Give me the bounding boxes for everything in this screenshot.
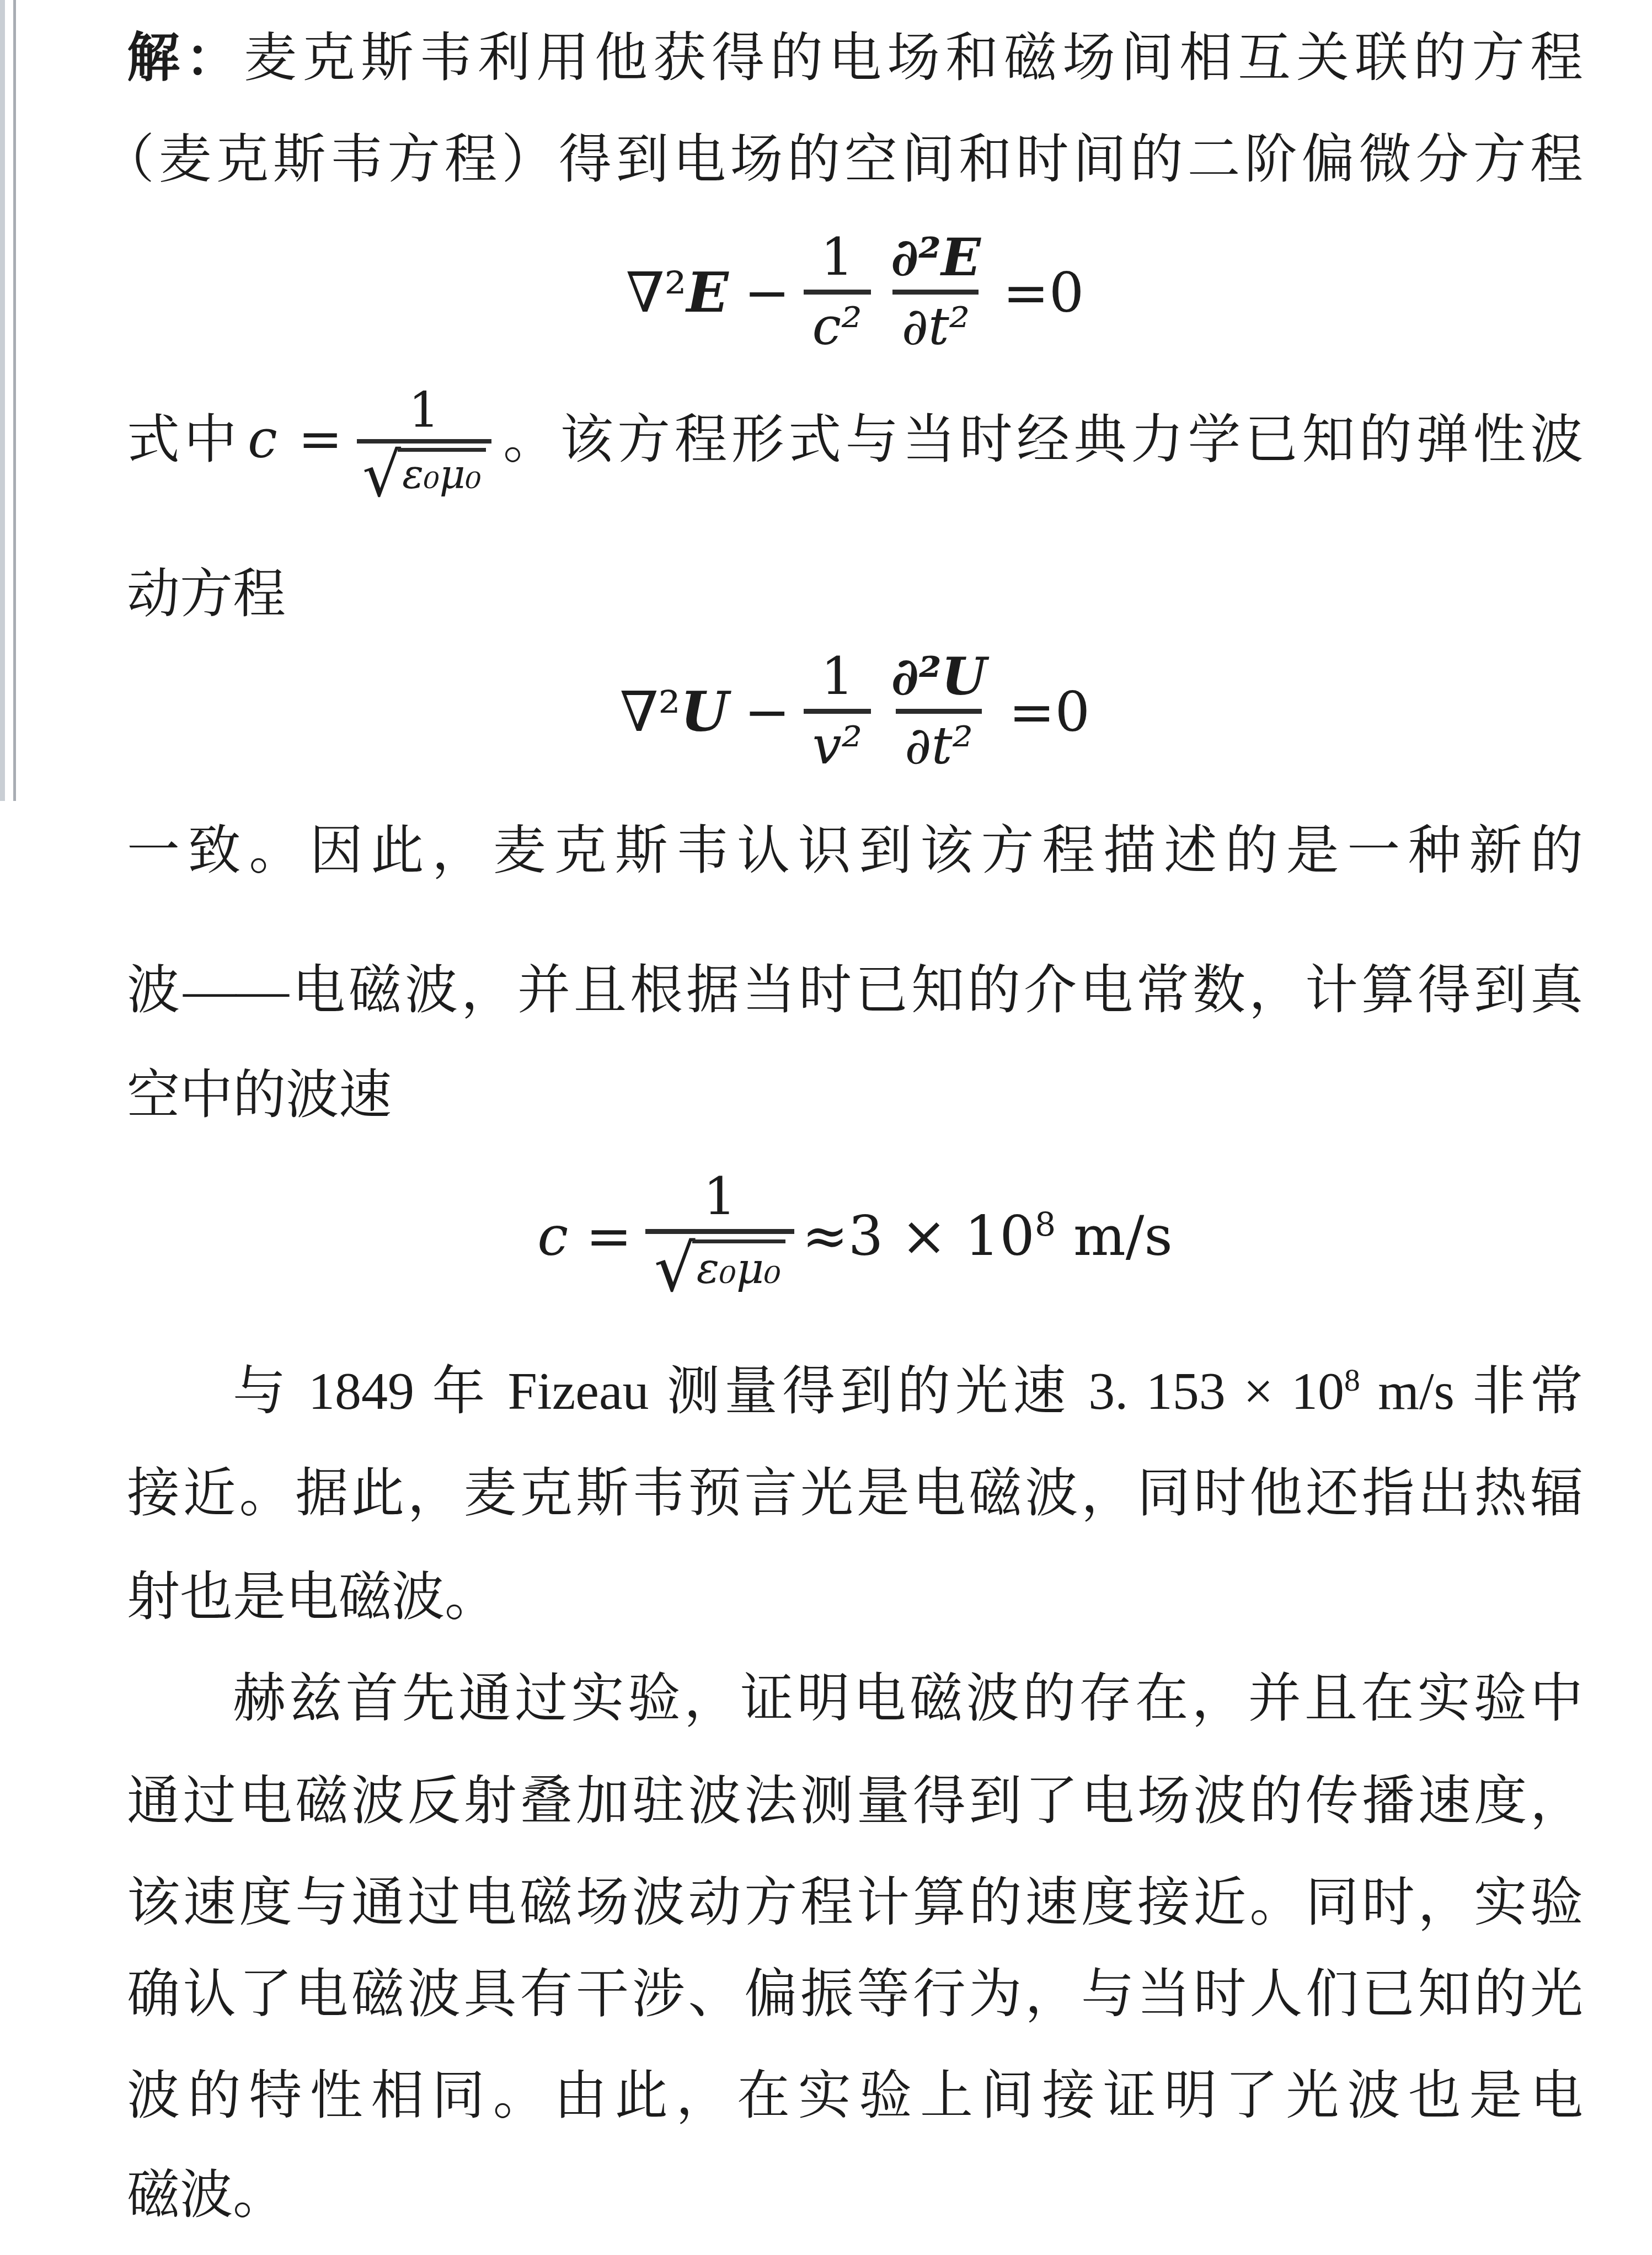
eq-c-rhs: ≈3 × 108 m/s <box>802 1204 1173 1268</box>
sqrt-radicand: ε₀μ₀ <box>398 448 485 495</box>
solution-line-3: 式中c =1√ε₀μ₀。该方程形式与当时经典力学已知的弹性波 <box>127 386 1583 504</box>
eq-U-frac1-num: 1 <box>812 650 863 709</box>
eq-E-rhs: =0 <box>1003 260 1084 325</box>
solution-line-13: 该速度与通过电磁场波动方程计算的速度接近。同时，实验 <box>127 1866 1583 1939</box>
eq-c-frac: 1 √ε₀μ₀ <box>645 1170 794 1301</box>
solution-line-6: 波——电磁波，并且根据当时已知的介电常数，计算得到真 <box>127 953 1583 1027</box>
solution-line-15: 波的特性相同。由此，在实验上间接证明了光波也是电 <box>127 2059 1583 2133</box>
line-3-pre: 式中 <box>127 410 241 469</box>
eq-c-frac-num: 1 <box>694 1170 745 1229</box>
page-edge-band <box>0 0 5 801</box>
eq-U-nabla: ∇²U <box>620 679 729 744</box>
line-8-exponent: 8 <box>1344 1363 1360 1398</box>
solution-line-8: 与 1849 年 Fizeau 测量得到的光速 3. 153 × 108 m/s… <box>127 1354 1583 1428</box>
solution-line-14: 确认了电磁波具有干涉、偏振等行为，与当时人们已知的光 <box>127 1957 1583 2031</box>
eq-U-minus: − <box>744 680 790 744</box>
eq-U-frac2-den: ∂t² <box>896 709 982 774</box>
eq-E-frac-2: ∂²E ∂t² <box>882 231 990 354</box>
eq-E-var: E <box>687 260 729 325</box>
solution-line-11: 赫兹首先通过实验，证明电磁波的存在，并且在实验中 <box>127 1661 1583 1735</box>
eq-E-frac-1: 1 c² <box>804 231 871 354</box>
eq-E-frac2-num: ∂²E <box>882 231 990 290</box>
eq-U-frac2-num: ∂²U <box>882 650 995 709</box>
eq-E-nabla: ∇²E <box>626 260 729 325</box>
equation-wave-E: ∇²E − 1 c² ∂²E ∂t² =0 <box>127 221 1583 364</box>
eq-c-frac-den: √ε₀μ₀ <box>645 1229 794 1301</box>
line-8-text-b: m/s 非常 <box>1360 1361 1583 1420</box>
eq-c-lhs: c = <box>537 1204 632 1268</box>
line-8-text-a: 与 1849 年 Fizeau 测量得到的光速 3. 153 × 10 <box>233 1361 1344 1420</box>
solution-line-10: 射也是电磁波。 <box>127 1560 1583 1634</box>
sqrt-radicand: ε₀μ₀ <box>692 1239 785 1291</box>
line-3-frac-den: √ε₀μ₀ <box>357 439 491 504</box>
eq-U-frac1-den: v² <box>804 709 872 774</box>
solution-line-9: 接近。据此，麦克斯韦预言光是电磁波，同时他还指出热辐 <box>127 1456 1583 1530</box>
textbook-solution-page: 解：麦克斯韦利用他获得的电场和磁场间相互关联的方程 （麦克斯韦方程）得到电场的空… <box>0 0 1652 2255</box>
line-3-post: 。该方程形式与当时经典力学已知的弹性波 <box>499 410 1583 469</box>
eq-E-frac1-den: c² <box>804 290 871 355</box>
line-3-c-equals: c = <box>248 408 343 470</box>
eq-U-frac-2: ∂²U ∂t² <box>882 650 995 773</box>
eq-U-var: U <box>681 679 729 744</box>
solution-line-16: 磁波。 <box>127 2158 1583 2232</box>
eq-E-minus: − <box>744 260 790 325</box>
page-edge-line <box>13 0 16 801</box>
eq-c-unit: m/s <box>1073 1204 1173 1268</box>
solution-line-5: 一致。因此，麦克斯韦认识到该方程描述的是一种新的 <box>127 814 1583 888</box>
eq-E-frac2-den: ∂t² <box>892 290 979 355</box>
eq-E-frac1-num: 1 <box>812 231 863 290</box>
eq-U-frac-1: 1 v² <box>804 650 872 773</box>
solution-line-1-text: 麦克斯韦利用他获得的电场和磁场间相互关联的方程 <box>244 28 1583 87</box>
solution-line-7: 空中的波速 <box>127 1058 1583 1132</box>
sqrt-sign: √ <box>654 1239 696 1298</box>
eq-U-rhs: =0 <box>1009 680 1090 744</box>
solution-line-12: 通过电磁波反射叠加驻波法测量得到了电场波的传播速度， <box>127 1764 1583 1838</box>
line-3-frac-num: 1 <box>401 386 447 439</box>
equation-speed-of-light: c = 1 √ε₀μ₀ ≈3 × 108 m/s <box>127 1147 1583 1324</box>
solution-line-2: （麦克斯韦方程）得到电场的空间和时间的二阶偏微分方程 <box>101 122 1583 196</box>
line-3-inline-fraction: 1√ε₀μ₀ <box>357 386 491 504</box>
solution-label: 解： <box>127 28 244 87</box>
eq-c-exponent: 8 <box>1035 1205 1056 1244</box>
sqrt-sign: √ <box>362 448 401 503</box>
equation-wave-U: ∇²U − 1 v² ∂²U ∂t² =0 <box>127 640 1583 783</box>
solution-line-1: 解：麦克斯韦利用他获得的电场和磁场间相互关联的方程 <box>127 21 1583 95</box>
solution-line-4: 动方程 <box>127 557 1583 631</box>
